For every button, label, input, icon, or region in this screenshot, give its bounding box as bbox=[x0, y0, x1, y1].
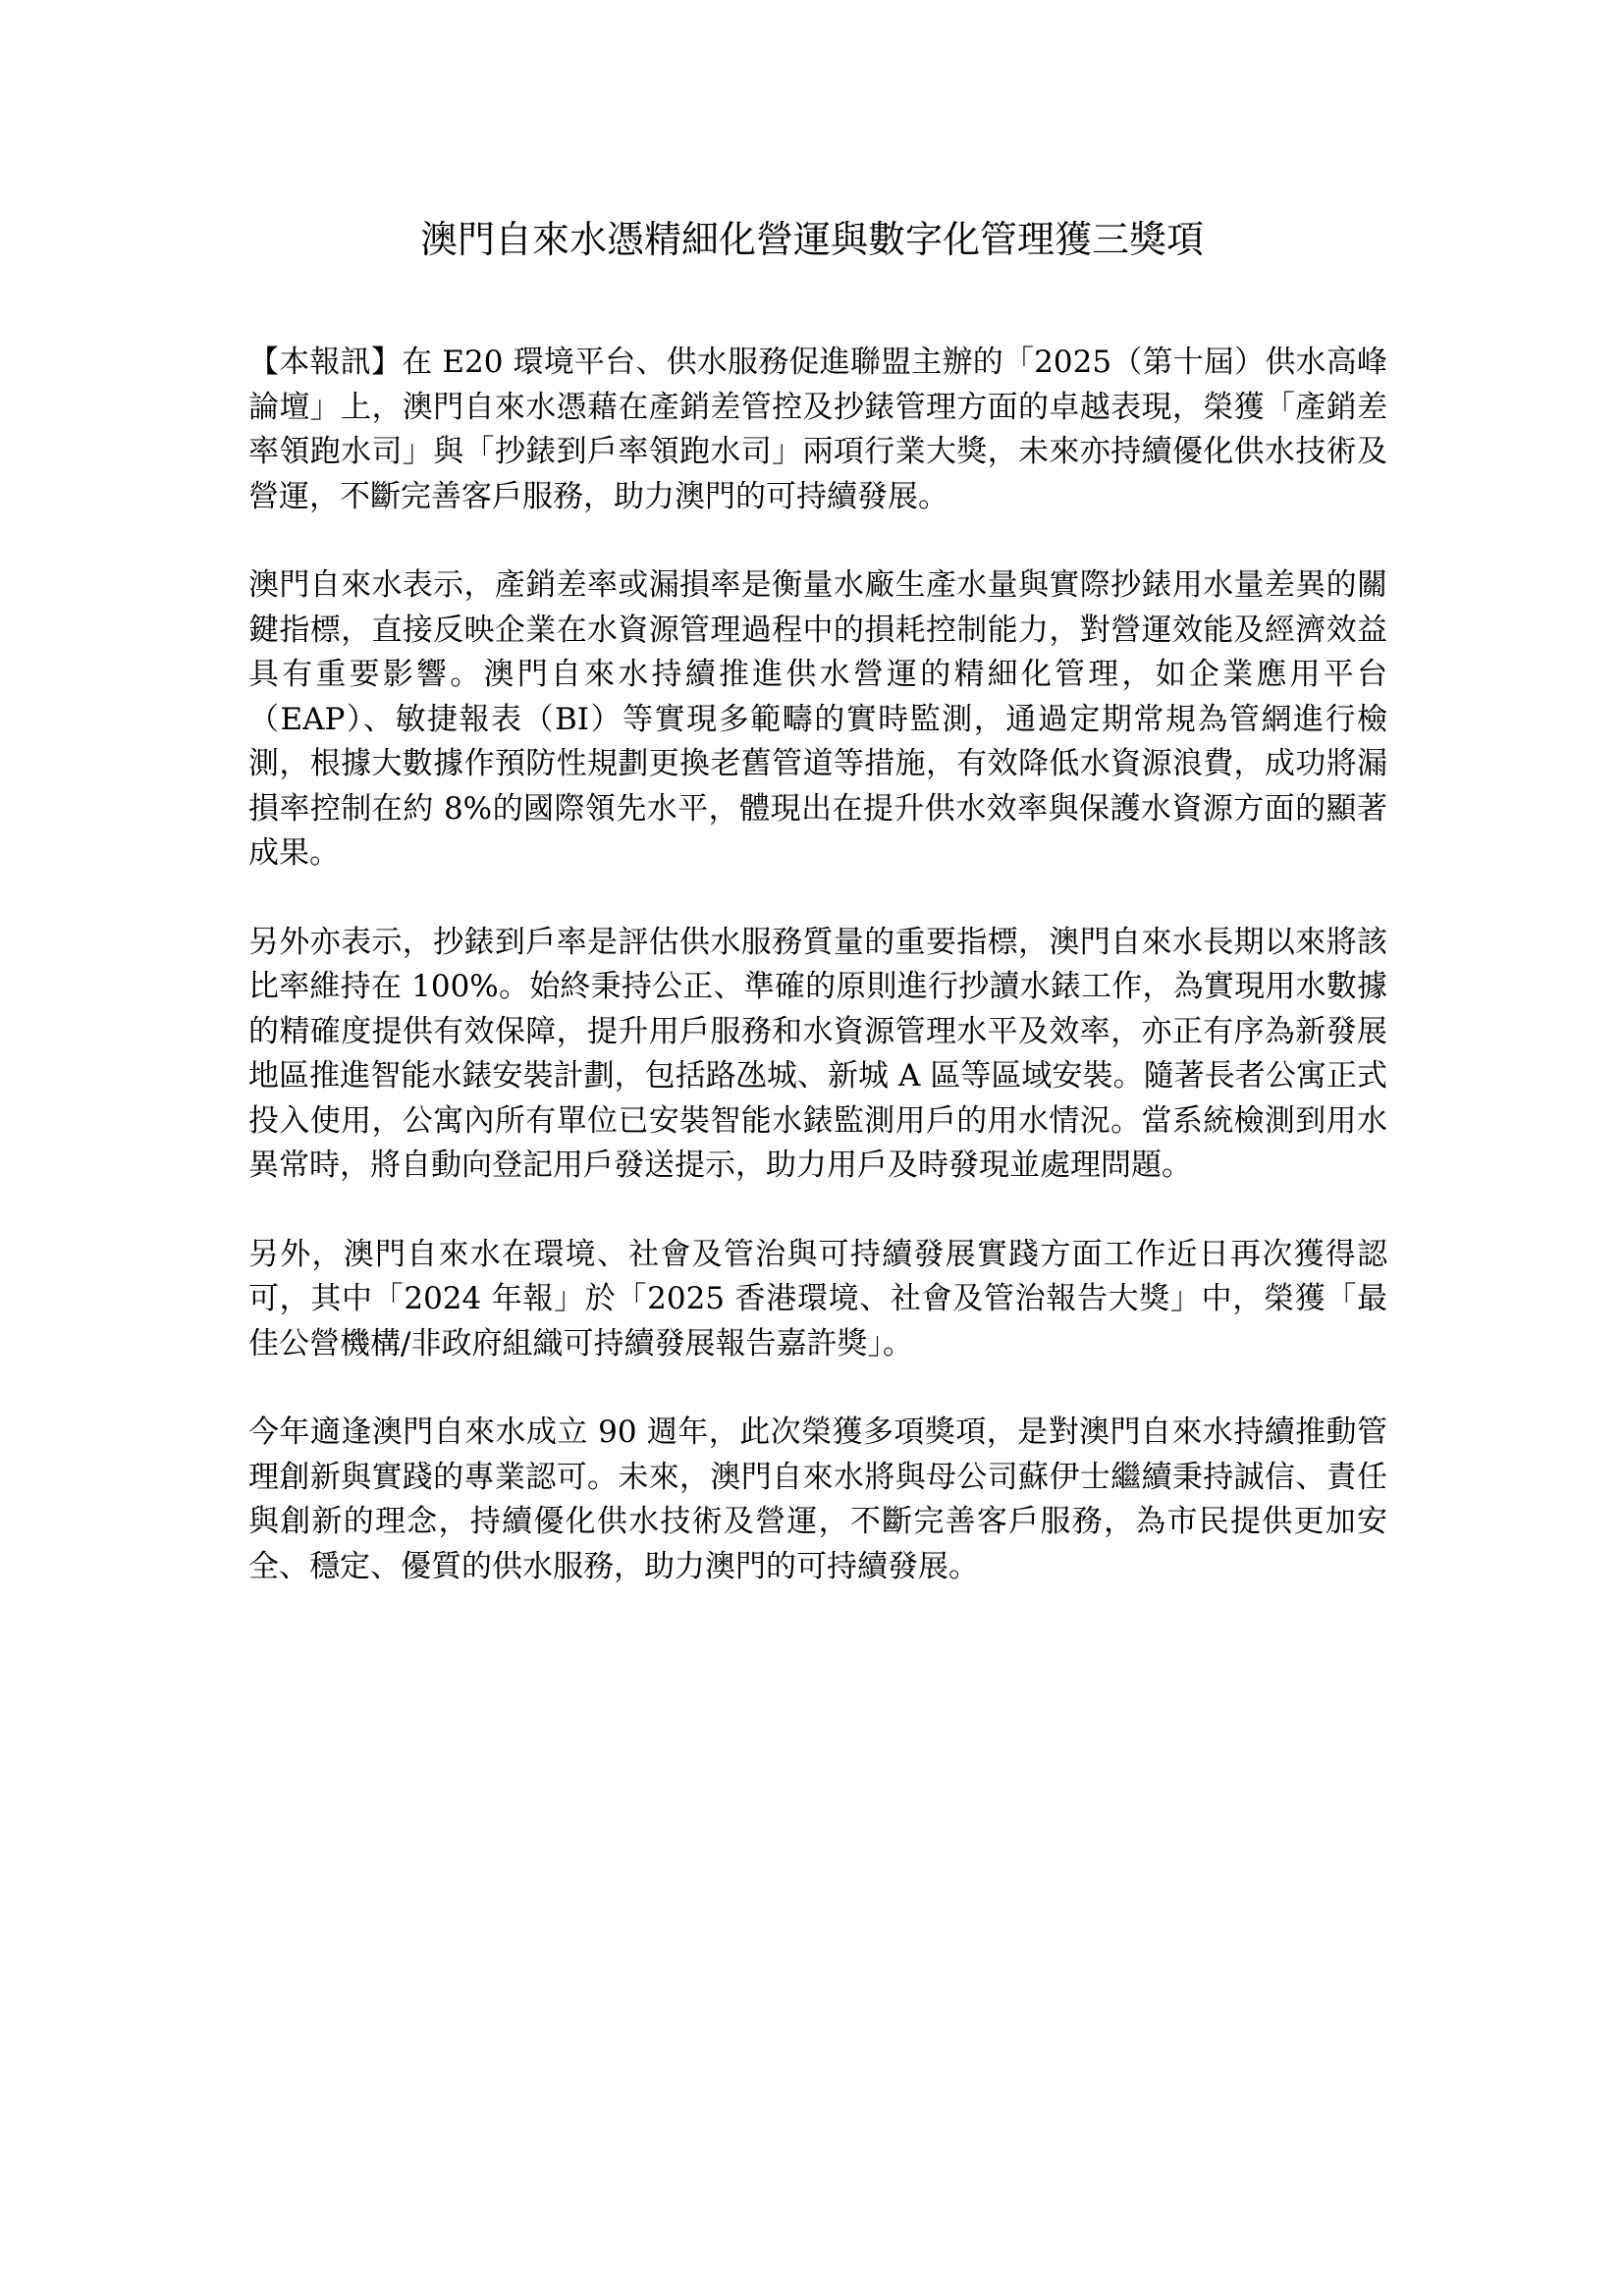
paragraph-lead: 【本報訊】在 E20 環境平台、供水服務促進聯盟主辦的「2025（第十屆）供水高… bbox=[248, 341, 1387, 519]
paragraph-meter-reading: 另外亦表示，抄錶到戶率是評估供水服務質量的重要指標，澳門自來水長期以來將該比率維… bbox=[248, 921, 1387, 1189]
paragraph-leakage-rate: 澳門自來水表示，產銷差率或漏損率是衡量水廠生產水量與實際抄錶用水量差異的關鍵指標… bbox=[248, 563, 1387, 877]
document-page: 澳門自來水憑精細化營運與數字化管理獲三獎項 【本報訊】在 E20 環境平台、供水… bbox=[0, 0, 1624, 2296]
document-body: 【本報訊】在 E20 環境平台、供水服務促進聯盟主辦的「2025（第十屆）供水高… bbox=[248, 341, 1387, 1633]
paragraph-anniversary: 今年適逢澳門自來水成立 90 週年，此次榮獲多項獎項，是對澳門自來水持續推動管理… bbox=[248, 1411, 1387, 1589]
document-title: 澳門自來水憑精細化營運與數字化管理獲三獎項 bbox=[0, 214, 1624, 265]
paragraph-esg-award: 另外，澳門自來水在環境、社會及管治與可持續發展實踐方面工作近日再次獲得認可，其中… bbox=[248, 1233, 1387, 1367]
